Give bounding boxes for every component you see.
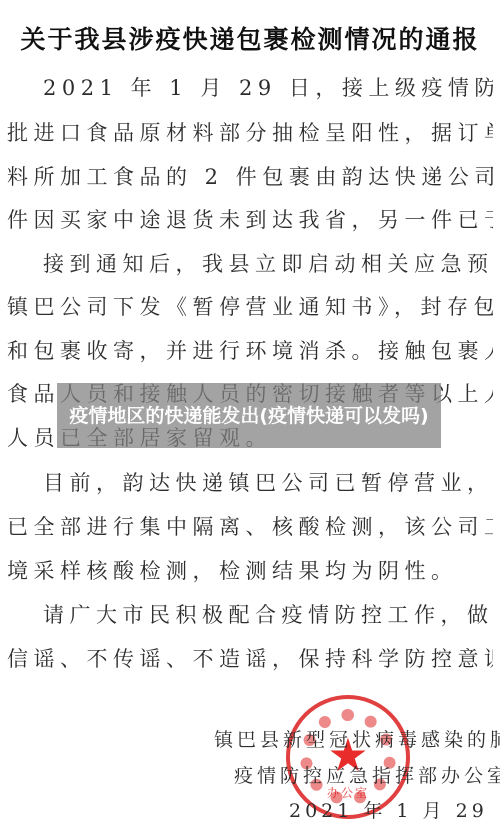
paragraph-line: 境采样核酸检测，检测结果均为阴性。 [7,556,493,586]
caption-overlay: 疫情地区的快递能发出(疫情快递可以发吗) [57,383,441,448]
paragraph-line: 2021 年 1 月 29 日，接上级疫情防控通知，国内某省一 [43,73,493,103]
paragraph-line: 料所加工食品的 2 件包裹由韵达快递公司发往我县，其中一 [7,162,493,192]
paragraph-line: 接到通知后，我县立即启动相关应急预案，向韵达快递 [43,249,493,279]
signature-org-line2: 疫情防控应急指挥部办公室 [234,762,500,790]
paragraph-line: 镇巴公司下发《暂停营业通知书》，封存包裹，停止快递派送 [7,292,493,322]
paragraph-line: 和包裹收寄，并进行环境消杀。接触包裹人员、接触包裹内 [7,336,493,366]
paragraph-line: 件因买家中途退货未到达我省，另一件已于 1 月 18 日签收。 [7,205,493,235]
paragraph-line: 信谣、不传谣、不造谣，保持科学防控意识。 [7,644,493,674]
signature-org-line1: 镇巴县新型冠状病毒感染的肺炎 [214,726,500,754]
paragraph-line: 已全部进行集中隔离、核酸检测，该公司工作场所已进行环 [7,512,493,542]
signature-date: 2021 年 1 月 29 日 [289,797,500,825]
paragraph-line: 批进口食品原材料部分抽检呈阳性，据订单显示，涉该原材 [7,118,493,148]
caption-text: 疫情地区的快递能发出(疫情快递可以发吗) [69,404,429,428]
paragraph-line: 目前，韵达快递镇巴公司已暂停营业，该公司从业人员 [43,468,493,498]
document-title: 关于我县涉疫快递包裹检测情况的通报 [0,20,500,60]
paragraph-line: 请广大市民积极配合疫情防控工作，做好个人防护，不 [43,600,493,630]
